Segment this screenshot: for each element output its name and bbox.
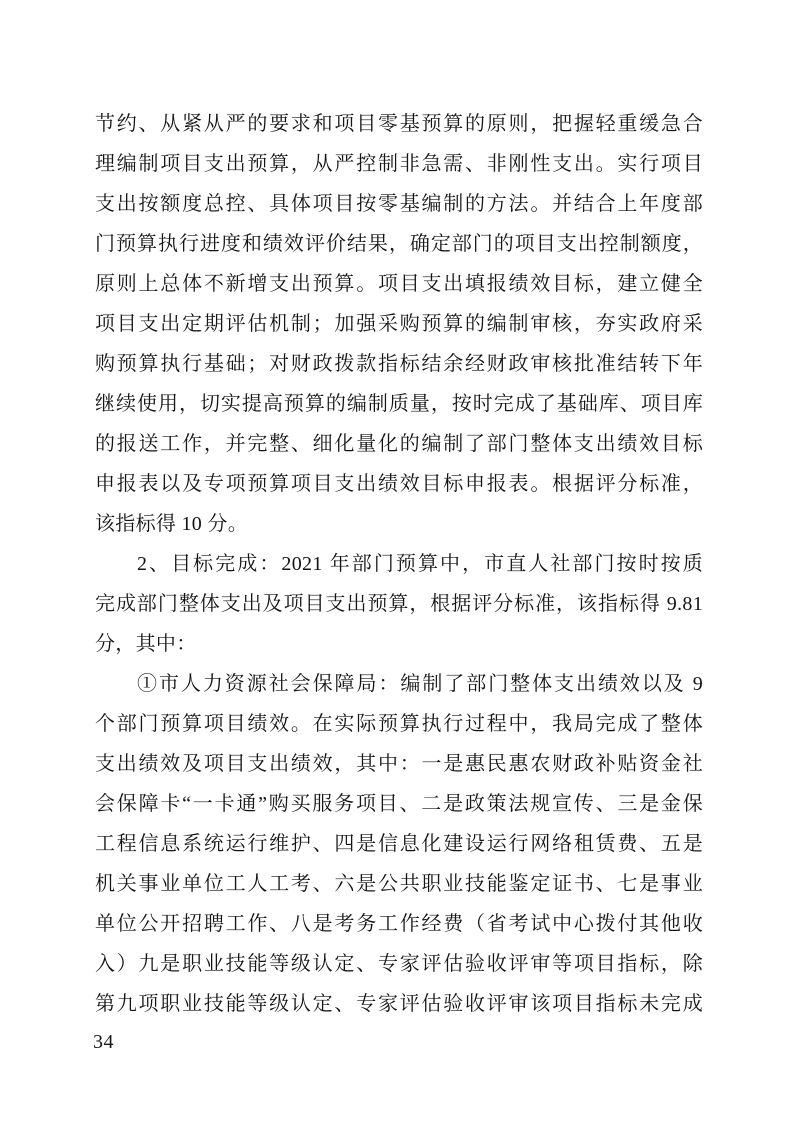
- text-line: 继续使用，切实提高预算的编制质量，按时完成了基础库、项目库: [95, 384, 703, 424]
- text-line: 会保障卡“一卡通”购买服务项目、二是政策法规宣传、三是金保: [95, 784, 703, 824]
- text-line: 购预算执行基础；对财政拨款指标结余经财政审核批准结转下年: [95, 344, 703, 384]
- text-line: 机关事业单位工人工考、六是公共职业技能鉴定证书、七是事业: [95, 864, 703, 904]
- text-line: 该指标得 10 分。: [95, 504, 703, 544]
- text-line: 第九项职业技能等级认定、专家评估验收评审该项目指标未完成: [95, 984, 703, 1024]
- text-line: 的报送工作，并完整、细化量化的编制了部门整体支出绩效目标: [95, 424, 703, 464]
- text-line: 门预算执行进度和绩效评价结果，确定部门的项目支出控制额度，: [95, 224, 703, 264]
- text-line: 申报表以及专项预算项目支出绩效目标申报表。根据评分标准，: [95, 464, 703, 504]
- document-page: 节约、从紧从严的要求和项目零基预算的原则，把握轻重缓急合理编制项目支出预算，从严…: [0, 0, 793, 1122]
- text-line: 个部门预算项目绩效。在实际预算执行过程中，我局完成了整体: [95, 704, 703, 744]
- text-line: 单位公开招聘工作、八是考务工作经费（省考试中心拨付其他收: [95, 904, 703, 944]
- page-number: 34: [93, 1028, 114, 1056]
- text-line: 支出绩效及项目支出绩效，其中：一是惠民惠农财政补贴资金社: [95, 744, 703, 784]
- text-line: 工程信息系统运行维护、四是信息化建设运行网络租赁费、五是: [95, 824, 703, 864]
- text-line: 支出按额度总控、具体项目按零基编制的方法。并结合上年度部: [95, 184, 703, 224]
- text-line: 完成部门整体支出及项目支出预算，根据评分标准，该指标得 9.81: [95, 584, 703, 624]
- text-line: 原则上总体不新增支出预算。项目支出填报绩效目标，建立健全: [95, 264, 703, 304]
- text-line: 项目支出定期评估机制；加强采购预算的编制审核，夯实政府采: [95, 304, 703, 344]
- text-line: 节约、从紧从严的要求和项目零基预算的原则，把握轻重缓急合: [95, 104, 703, 144]
- document-body: 节约、从紧从严的要求和项目零基预算的原则，把握轻重缓急合理编制项目支出预算，从严…: [95, 104, 703, 1024]
- text-line: 2、目标完成：2021 年部门预算中，市直人社部门按时按质: [95, 544, 703, 584]
- text-line: 入）九是职业技能等级认定、专家评估验收评审等项目指标，除: [95, 944, 703, 984]
- text-line: 分，其中：: [95, 624, 703, 664]
- text-line: ①市人力资源社会保障局：编制了部门整体支出绩效以及 9: [95, 664, 703, 704]
- text-line: 理编制项目支出预算，从严控制非急需、非刚性支出。实行项目: [95, 144, 703, 184]
